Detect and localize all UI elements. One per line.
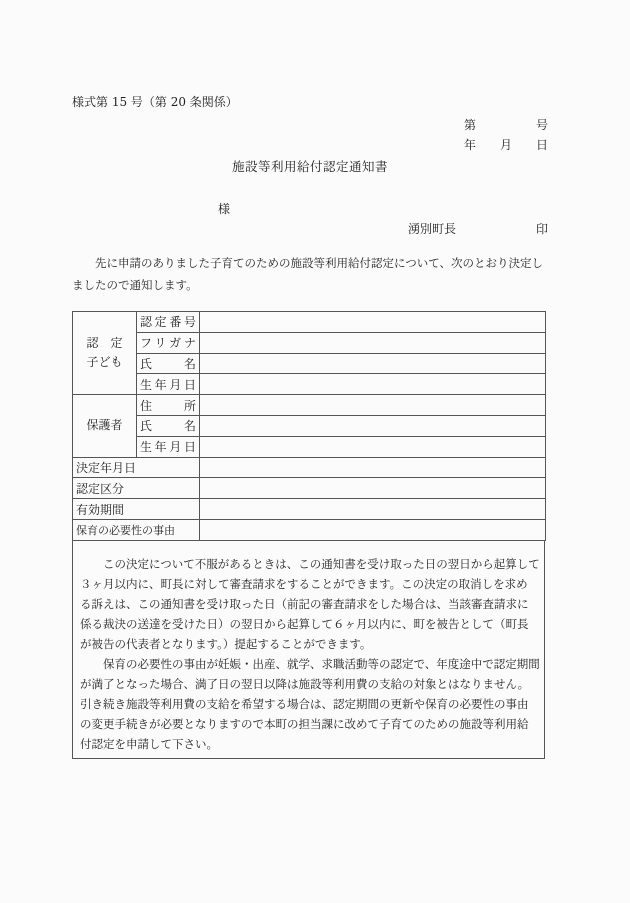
date-year-label: 年: [464, 135, 476, 155]
addressee-honorific: 様: [218, 199, 548, 219]
intro-paragraph: 先に申請のありました子育てのための施設等利用給付認定について、次のとおり決定し …: [72, 252, 548, 296]
field-value-cell: [200, 395, 546, 416]
field-label-cell: 氏 名: [137, 415, 200, 436]
reference-block: 第 号 年 月 日: [464, 115, 548, 155]
field-label-cell: 氏 名: [137, 353, 200, 374]
seal-mark: 印: [536, 219, 548, 239]
field-value-cell: [200, 457, 546, 478]
field-label-cell: 認定区分: [73, 478, 200, 499]
field-value-cell: [200, 519, 546, 540]
child-group-label-cell: 認 定 子ども: [73, 312, 137, 395]
issuer-name: 湧別町長: [408, 219, 456, 239]
field-label-cell: 生年月日: [137, 436, 200, 457]
table-row: フリガナ: [73, 332, 546, 353]
date-month-label: 月: [500, 135, 512, 155]
issuer-line: 湧別町長 印: [72, 219, 548, 239]
field-value-cell: [200, 415, 546, 436]
table-row: 氏 名: [73, 353, 546, 374]
table-row: 認 定 子ども 認定番号: [73, 312, 546, 333]
field-label-cell: 決定年月日: [73, 457, 200, 478]
field-value-cell: [200, 478, 546, 499]
table-row: 有効期間: [73, 499, 546, 520]
date-line: 年 月 日: [464, 135, 548, 155]
renewal-notice-paragraph: 保育の必要性の事由が妊娠・出産、就学、求職活動等の認定で、年度途中で認定期間 が…: [80, 654, 540, 754]
table-row: 生年月日: [73, 436, 546, 457]
table-row: 保育の必要性の事由: [73, 519, 546, 540]
document-title: 施設等利用給付認定通知書: [72, 157, 548, 177]
guardian-group-label-cell: 保護者: [73, 395, 137, 457]
field-label-cell: 有効期間: [73, 499, 200, 520]
field-value-cell: [200, 332, 546, 353]
field-value-cell: [200, 499, 546, 520]
table-row: 認定区分: [73, 478, 546, 499]
notes-box: この決定について不服があるときは、この通知書を受け取った日の翌日から起算して ３…: [72, 540, 545, 759]
field-value-cell: [200, 353, 546, 374]
form-number: 様式第 15 号（第 20 条関係）: [72, 92, 548, 112]
field-value-cell: [200, 374, 546, 395]
table-row: 氏 名: [73, 415, 546, 436]
certification-table: 認 定 子ども 認定番号 フリガナ 氏 名 生年月日 保護者 住 所: [72, 311, 546, 541]
reference-number-line: 第 号: [464, 115, 548, 135]
ref-suffix: 号: [536, 115, 548, 135]
date-day-label: 日: [536, 135, 548, 155]
field-label-cell: 認定番号: [137, 312, 200, 333]
appeal-notice-paragraph: この決定について不服があるときは、この通知書を受け取った日の翌日から起算して ３…: [80, 554, 540, 654]
table-row: 保護者 住 所: [73, 395, 546, 416]
table-row: 生年月日: [73, 374, 546, 395]
table-row: 決定年月日: [73, 457, 546, 478]
document-page: 様式第 15 号（第 20 条関係） 第 号 年 月 日 施設等利用給付認定通知…: [0, 0, 630, 903]
field-value-cell: [200, 436, 546, 457]
field-value-cell: [200, 312, 546, 333]
field-label-cell: 保育の必要性の事由: [73, 519, 200, 540]
field-label-cell: 住 所: [137, 395, 200, 416]
field-label-cell: フリガナ: [137, 332, 200, 353]
ref-prefix: 第: [464, 115, 476, 135]
field-label-cell: 生年月日: [137, 374, 200, 395]
